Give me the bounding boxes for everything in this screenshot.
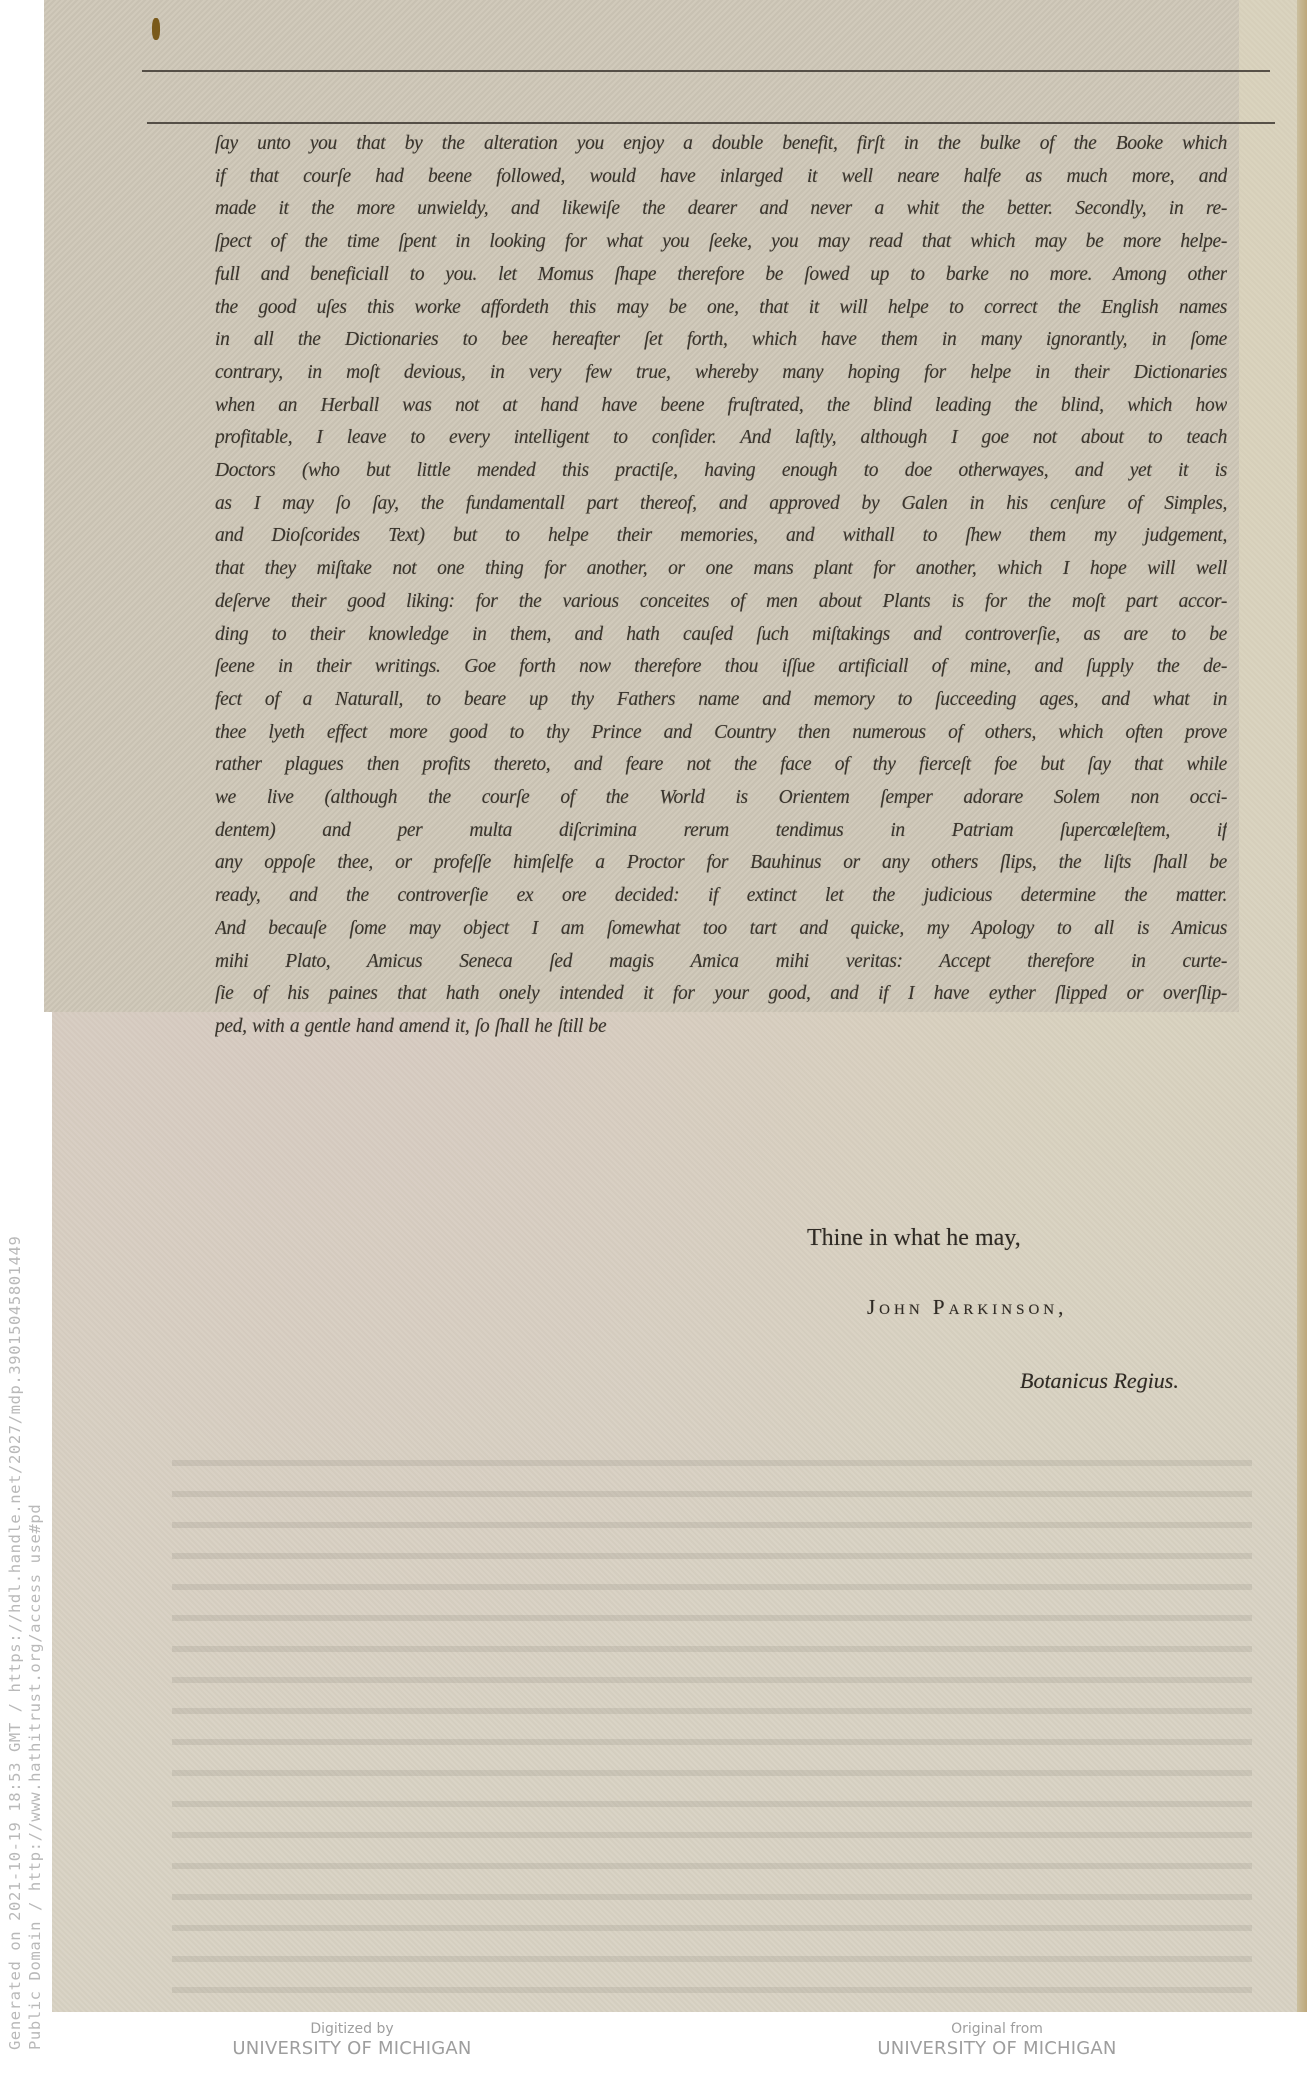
watermark-generated-line: Generated on 2021-10-19 18:53 GMT / http… xyxy=(6,1236,24,2050)
footer-original-from: Original from UNIVERSITY OF MICHIGAN xyxy=(787,2020,1207,2059)
signature-title: Botanicus Regius. xyxy=(1020,1368,1179,1394)
text-line: deſerve their good liking: for the vario… xyxy=(215,586,1227,619)
text-line: when an Herball was not at hand have bee… xyxy=(215,390,1227,423)
text-line: and Dioſcorides Text) but to helpe their… xyxy=(215,520,1227,553)
original-from-label: Original from xyxy=(787,2020,1207,2038)
text-line: profitable, I leave to every intelligent… xyxy=(215,422,1227,455)
page-edge xyxy=(1297,0,1307,2012)
signature-closing: Thine in what he may, xyxy=(807,1225,1021,1252)
text-line: ſeene in their writings. Goe forth now t… xyxy=(215,651,1227,684)
digitization-footer: Digitized by UNIVERSITY OF MICHIGAN Orig… xyxy=(52,2012,1312,2073)
digitized-by-label: Digitized by xyxy=(142,2020,562,2038)
text-line: made it the more unwieldy, and likewiſe … xyxy=(215,193,1227,226)
scanned-page: ſay unto you that by the alteration you … xyxy=(52,0,1307,2012)
text-line: ſpect of the time ſpent in looking for w… xyxy=(215,226,1227,259)
watermark-rights-line: Public Domain / http://www.hathitrust.or… xyxy=(26,1504,44,2050)
text-line: if that courſe had beene followed, would… xyxy=(215,161,1227,194)
text-line: fect of a Naturall, to beare up thy Fath… xyxy=(215,684,1227,717)
header-rule-bottom xyxy=(147,122,1275,124)
text-line: contrary, in moſt devious, in very few t… xyxy=(215,357,1227,390)
signature-name: John Parkinson, xyxy=(867,1295,1067,1320)
text-line: ſie of his paines that hath onely intend… xyxy=(215,978,1227,1011)
text-line: as I may ſo ſay, the fundamentall part t… xyxy=(215,488,1227,521)
text-line: rather plagues then profits thereto, and… xyxy=(215,749,1227,782)
text-line: mihi Plato, Amicus Seneca ſed magis Amic… xyxy=(215,946,1227,979)
text-line: ding to their knowledge in them, and hat… xyxy=(215,619,1227,652)
preface-body-text: ſay unto you that by the alteration you … xyxy=(215,128,1227,1044)
text-line: ped, with a gentle hand amend it, ſo ſha… xyxy=(215,1011,1227,1044)
text-line: Doctors (who but little mended this prac… xyxy=(215,455,1227,488)
text-line: ready, and the controverſie ex ore decid… xyxy=(215,880,1227,913)
footer-digitized-by: Digitized by UNIVERSITY OF MICHIGAN xyxy=(142,2020,562,2059)
text-line: full and beneficiall to you. let Momus ſ… xyxy=(215,259,1227,292)
original-from-institution: UNIVERSITY OF MICHIGAN xyxy=(787,2038,1207,2059)
text-line: ſay unto you that by the alteration you … xyxy=(215,128,1227,161)
bleed-through-text xyxy=(172,1460,1252,2020)
ink-stain xyxy=(152,18,160,40)
text-line: any oppoſe thee, or profeſſe himſelfe a … xyxy=(215,847,1227,880)
text-line: the good uſes this worke affordeth this … xyxy=(215,292,1227,325)
text-line: And becauſe ſome may object I am ſomewha… xyxy=(215,913,1227,946)
header-rule-top xyxy=(142,70,1270,72)
text-line: thee lyeth effect more good to thy Princ… xyxy=(215,717,1227,750)
digitized-by-institution: UNIVERSITY OF MICHIGAN xyxy=(142,2038,562,2059)
text-line: in all the Dictionaries to bee hereafter… xyxy=(215,324,1227,357)
text-line: we live (although the courſe of the Worl… xyxy=(215,782,1227,815)
text-line: that they miſtake not one thing for anot… xyxy=(215,553,1227,586)
text-line: dentem) and per multa diſcrimina rerum t… xyxy=(215,815,1227,848)
